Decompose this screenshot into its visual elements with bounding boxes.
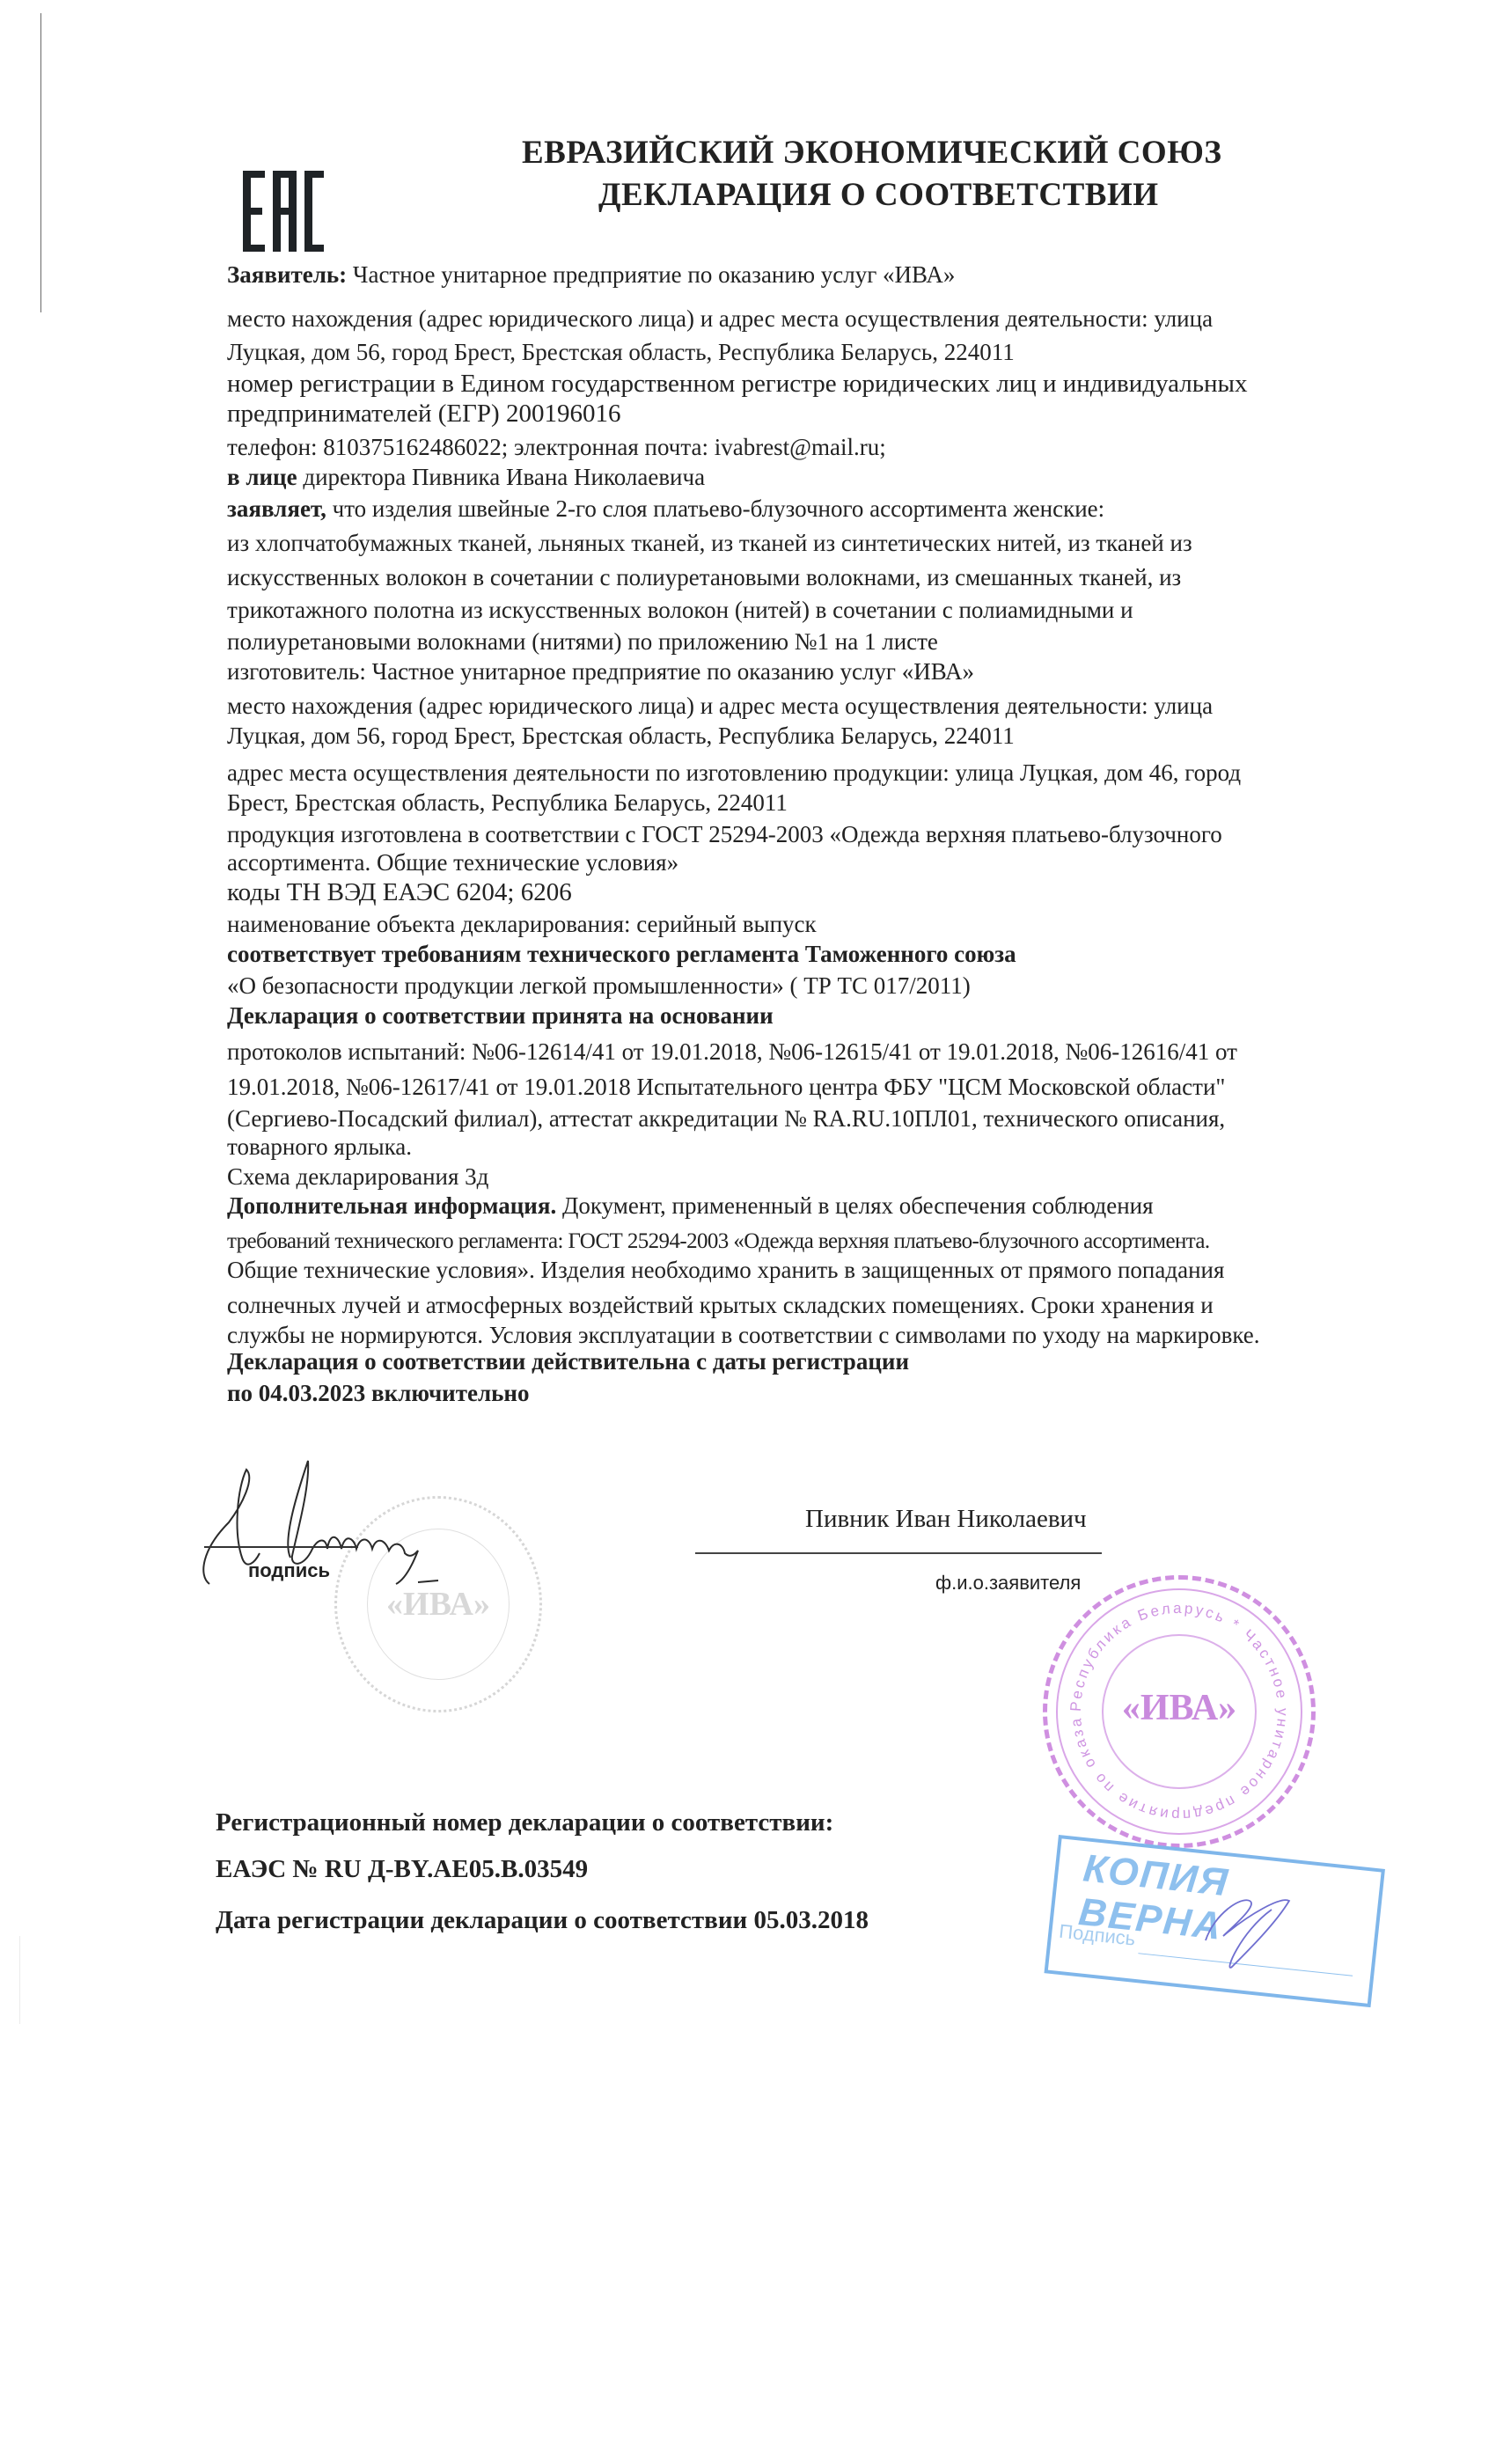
applicant-representative: в лице директора Пивника Ивана Николаеви… bbox=[227, 463, 705, 491]
validity-text: Декларация о соответствии действительна … bbox=[227, 1348, 909, 1375]
copy-signature-icon bbox=[1197, 1879, 1302, 1976]
basis-title: Декларация о соответствии принята на осн… bbox=[227, 1001, 774, 1030]
product-text: что изделия швейные 2-го слоя платьево-б… bbox=[326, 495, 1104, 522]
applicant-address: Луцкая, дом 56, город Брест, Брестская о… bbox=[227, 338, 1015, 366]
manufacturer-address: Луцкая, дом 56, город Брест, Брестская о… bbox=[227, 722, 1015, 750]
basis-title-text: Декларация о соответствии принята на осн… bbox=[227, 1002, 774, 1029]
test-protocols: товарного ярлыка. bbox=[227, 1133, 412, 1161]
rep-value: директора Пивника Ивана Николаевича bbox=[297, 464, 706, 490]
extra-info: Дополнительная информация. Документ, при… bbox=[227, 1192, 1154, 1220]
manufacturer: изготовитель: Частное унитарное предприя… bbox=[227, 657, 974, 686]
applicant-line: Заявитель: Частное унитарное предприятие… bbox=[227, 260, 955, 289]
title-union: ЕВРАЗИЙСКИЙ ЭКОНОМИЧЕСКИЙ СОЮЗ bbox=[522, 134, 1221, 172]
applicant-address: место нахождения (адрес юридического лиц… bbox=[227, 304, 1213, 333]
extra-info-text: службы не нормируются. Условия эксплуата… bbox=[227, 1321, 1260, 1349]
scan-edge-line bbox=[19, 1936, 20, 2024]
applicant-label: Заявитель: bbox=[227, 261, 347, 288]
registration-number: ЕАЭС № RU Д-BY.AE05.B.03549 bbox=[216, 1855, 588, 1884]
test-protocols: протоколов испытаний: №06-12614/41 от 19… bbox=[227, 1038, 1237, 1066]
registry-number: предпринимателей (ЕГР) 200196016 bbox=[227, 400, 620, 428]
hs-codes: коды ТН ВЭД ЕАЭС 6204; 6206 bbox=[227, 878, 572, 906]
validity-date-line: по 04.03.2023 включительно bbox=[227, 1379, 529, 1407]
production-address: адрес места осуществления деятельности п… bbox=[227, 759, 1241, 787]
test-protocols: (Сергиево-Посадский филиал), аттестат ак… bbox=[227, 1104, 1225, 1133]
name-line bbox=[695, 1552, 1102, 1554]
validity-date: по 04.03.2023 включительно bbox=[227, 1380, 529, 1406]
company-seal-stamp: Республика Беларусь * Частное унитарное … bbox=[1043, 1575, 1316, 1848]
complies-text: соответствует требованиям технического р… bbox=[227, 941, 1016, 967]
signer-name: Пивник Иван Николаевич bbox=[805, 1505, 1087, 1533]
product-text: искусственных волокон в сочетании с поли… bbox=[227, 563, 1181, 591]
rep-label: в лице bbox=[227, 464, 297, 490]
complies-line: соответствует требованиям технического р… bbox=[227, 940, 1016, 968]
production-address: Брест, Брестская область, Республика Бел… bbox=[227, 788, 788, 817]
applicant-name: Частное унитарное предприятие по оказани… bbox=[353, 261, 955, 288]
registry-number: номер регистрации в Едином государственн… bbox=[227, 370, 1247, 398]
extra-info-text: Документ, примененный в целях обеспечени… bbox=[556, 1192, 1153, 1219]
validity-line: Декларация о соответствии действительна … bbox=[227, 1347, 909, 1375]
standard-text: продукция изготовлена в соответствии с Г… bbox=[227, 820, 1222, 848]
declaration-object: наименование объекта декларирования: сер… bbox=[227, 910, 817, 938]
test-protocols: 19.01.2018, №06-12617/41 от 19.01.2018 И… bbox=[227, 1073, 1225, 1101]
extra-info-label: Дополнительная информация. bbox=[227, 1192, 556, 1219]
signature-caption: подпись bbox=[248, 1559, 330, 1582]
seal-center-text: «ИВА» bbox=[1047, 1687, 1311, 1729]
registration-date: Дата регистрации декларации о соответств… bbox=[216, 1906, 869, 1935]
regulation-title: «О безопасности продукции легкой промышл… bbox=[227, 972, 971, 1000]
product-text: трикотажного полотна из искусственных во… bbox=[227, 596, 1133, 624]
manufacturer-address: место нахождения (адрес юридического лиц… bbox=[227, 692, 1213, 720]
registration-number-label: Регистрационный номер декларации о соотв… bbox=[216, 1808, 833, 1837]
product-text: полиуретановыми волокнами (нитями) по пр… bbox=[227, 627, 938, 656]
extra-info-text: солнечных лучей и атмосферных воздействи… bbox=[227, 1291, 1214, 1319]
standard-text: ассортимента. Общие технические условия» bbox=[227, 848, 678, 876]
signature-line bbox=[204, 1546, 358, 1548]
title-declaration: ДЕКЛАРАЦИЯ О СООТВЕТСТВИИ bbox=[598, 176, 1159, 214]
eac-logo-icon bbox=[243, 171, 324, 252]
scan-edge-line bbox=[40, 13, 41, 312]
declaration-scheme: Схема декларирования 3д bbox=[227, 1162, 488, 1191]
extra-info-text: требований технического регламента: ГОСТ… bbox=[227, 1228, 1210, 1256]
product-text: из хлопчатобумажных тканей, льняных ткан… bbox=[227, 529, 1192, 557]
declares-label: заявляет, bbox=[227, 495, 326, 522]
extra-info-text: Общие технические условия». Изделия необ… bbox=[227, 1256, 1224, 1284]
declares-line: заявляет, что изделия швейные 2-го слоя … bbox=[227, 495, 1104, 523]
declaration-page: ЕВРАЗИЙСКИЙ ЭКОНОМИЧЕСКИЙ СОЮЗ ДЕКЛАРАЦИ… bbox=[0, 0, 1496, 2464]
applicant-contacts: телефон: 810375162486022; электронная по… bbox=[227, 433, 886, 461]
